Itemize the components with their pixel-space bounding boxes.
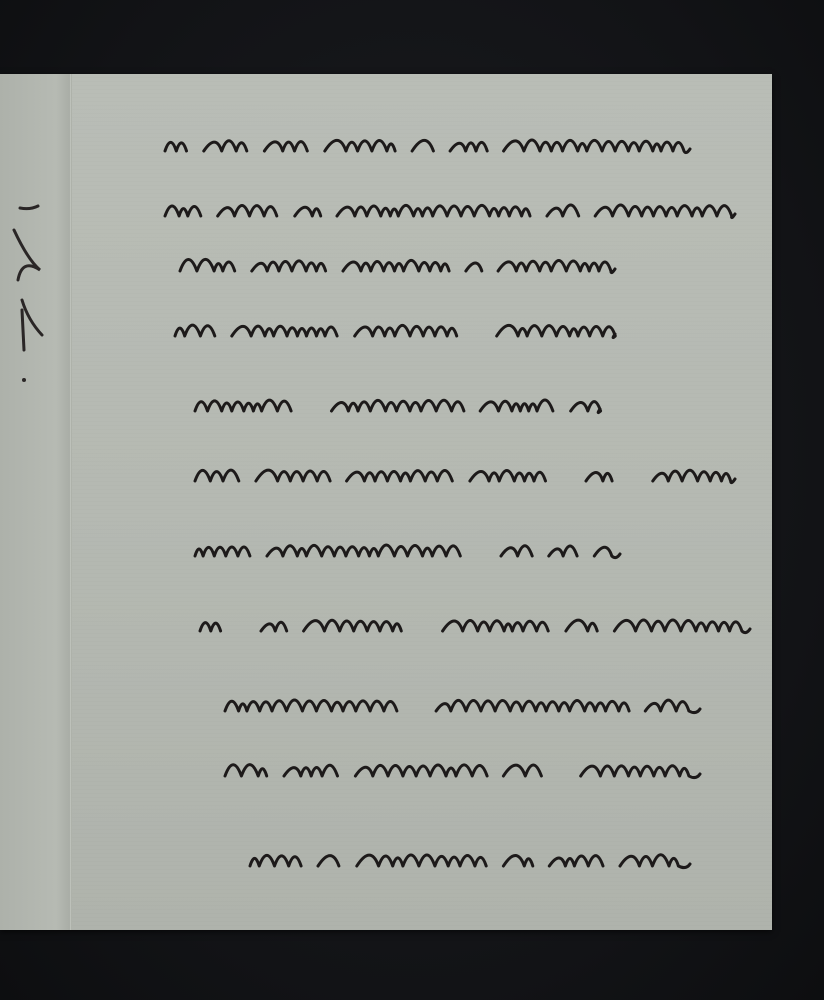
handwriting-line: [illegible] <box>165 190 735 230</box>
handwriting-line: [illegible] <box>165 125 690 165</box>
handwriting-line: [illegible] <box>225 750 700 790</box>
handwriting-line: Figaro, … [tentative] <box>200 605 750 645</box>
handwriting-line: [illegible] <box>250 840 690 880</box>
margin-note: [illegible] <box>8 200 48 390</box>
handwriting-line: jusqu'à … [tentative] <box>175 310 615 350</box>
handwriting-line: [illegible] <box>225 685 700 725</box>
handwriting-line: [illegible] <box>195 455 735 495</box>
handwriting-line: [illegible] <box>195 385 600 425</box>
handwriting-line: [illegible] <box>180 245 615 285</box>
handwriting-line: je n'ai vu, dans le [tentative] <box>195 530 620 570</box>
